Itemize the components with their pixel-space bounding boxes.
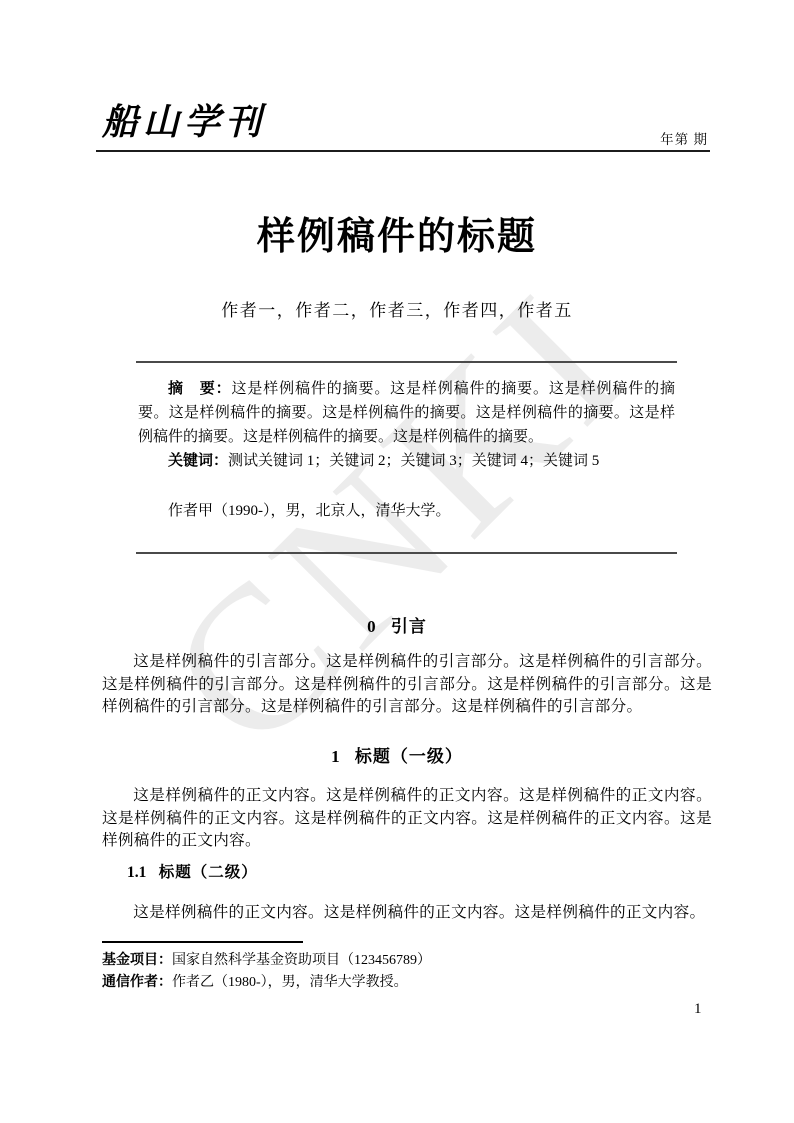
section-1-1-heading: 1.1标题（二级） xyxy=(127,860,258,882)
abstract-label: 摘 要： xyxy=(168,380,231,397)
page-number: 1 xyxy=(694,1001,702,1018)
section-0-title: 引言 xyxy=(391,617,427,636)
keywords-line: 关键词：测试关键词 1；关键词 2；关键词 3；关键词 4；关键词 5 xyxy=(138,449,675,473)
keywords-text: 测试关键词 1；关键词 2；关键词 3；关键词 4；关键词 5 xyxy=(228,453,599,469)
corresponding-label: 通信作者： xyxy=(102,973,172,989)
section-0-heading: 0引言 xyxy=(0,612,794,637)
author-bio: 作者甲（1990-），男，北京人，清华大学。 xyxy=(138,499,675,523)
header-rule xyxy=(96,150,710,152)
corresponding-text: 作者乙（1980-），男，清华大学教授。 xyxy=(172,975,408,990)
section-1-paragraph: 这是样例稿件的正文内容。这是样例稿件的正文内容。这是样例稿件的正文内容。这是样例… xyxy=(102,785,712,853)
document-page: CNKI 船山学刊 年第 期 样例稿件的标题 作者一，作者二，作者三，作者四，作… xyxy=(0,0,794,1123)
footnote-separator xyxy=(102,941,303,943)
footnote-corresponding: 通信作者：作者乙（1980-），男，清华大学教授。 xyxy=(102,972,714,992)
article-title: 样例稿件的标题 xyxy=(0,205,794,260)
fund-label: 基金项目： xyxy=(102,951,172,967)
section-1-1-paragraph: 这是样例稿件的正文内容。这是样例稿件的正文内容。这是样例稿件的正文内容。 xyxy=(102,902,712,925)
authors-line: 作者一，作者二，作者三，作者四，作者五 xyxy=(0,296,794,321)
section-0-number: 0 xyxy=(367,617,376,636)
abstract-paragraph: 摘 要：这是样例稿件的摘要。这是样例稿件的摘要。这是样例稿件的摘要。这是样例稿件… xyxy=(138,377,675,449)
section-1-heading: 1标题（一级） xyxy=(0,742,794,767)
section-1-title: 标题（一级） xyxy=(355,747,463,766)
journal-logo: 船山学刊 xyxy=(102,104,266,140)
section-1-number: 1 xyxy=(331,747,340,766)
section-1-1-title: 标题（二级） xyxy=(159,864,258,881)
issue-label: 年第 期 xyxy=(660,128,708,148)
section-1-1-number: 1.1 xyxy=(127,864,146,881)
footnote-fund: 基金项目：国家自然科学基金资助项目（123456789） xyxy=(102,950,714,970)
section-0-paragraph: 这是样例稿件的引言部分。这是样例稿件的引言部分。这是样例稿件的引言部分。这是样例… xyxy=(102,651,712,719)
keywords-label: 关键词： xyxy=(168,452,228,469)
abstract-block: 摘 要：这是样例稿件的摘要。这是样例稿件的摘要。这是样例稿件的摘要。这是样例稿件… xyxy=(136,361,677,554)
fund-text: 国家自然科学基金资助项目（123456789） xyxy=(172,953,431,968)
